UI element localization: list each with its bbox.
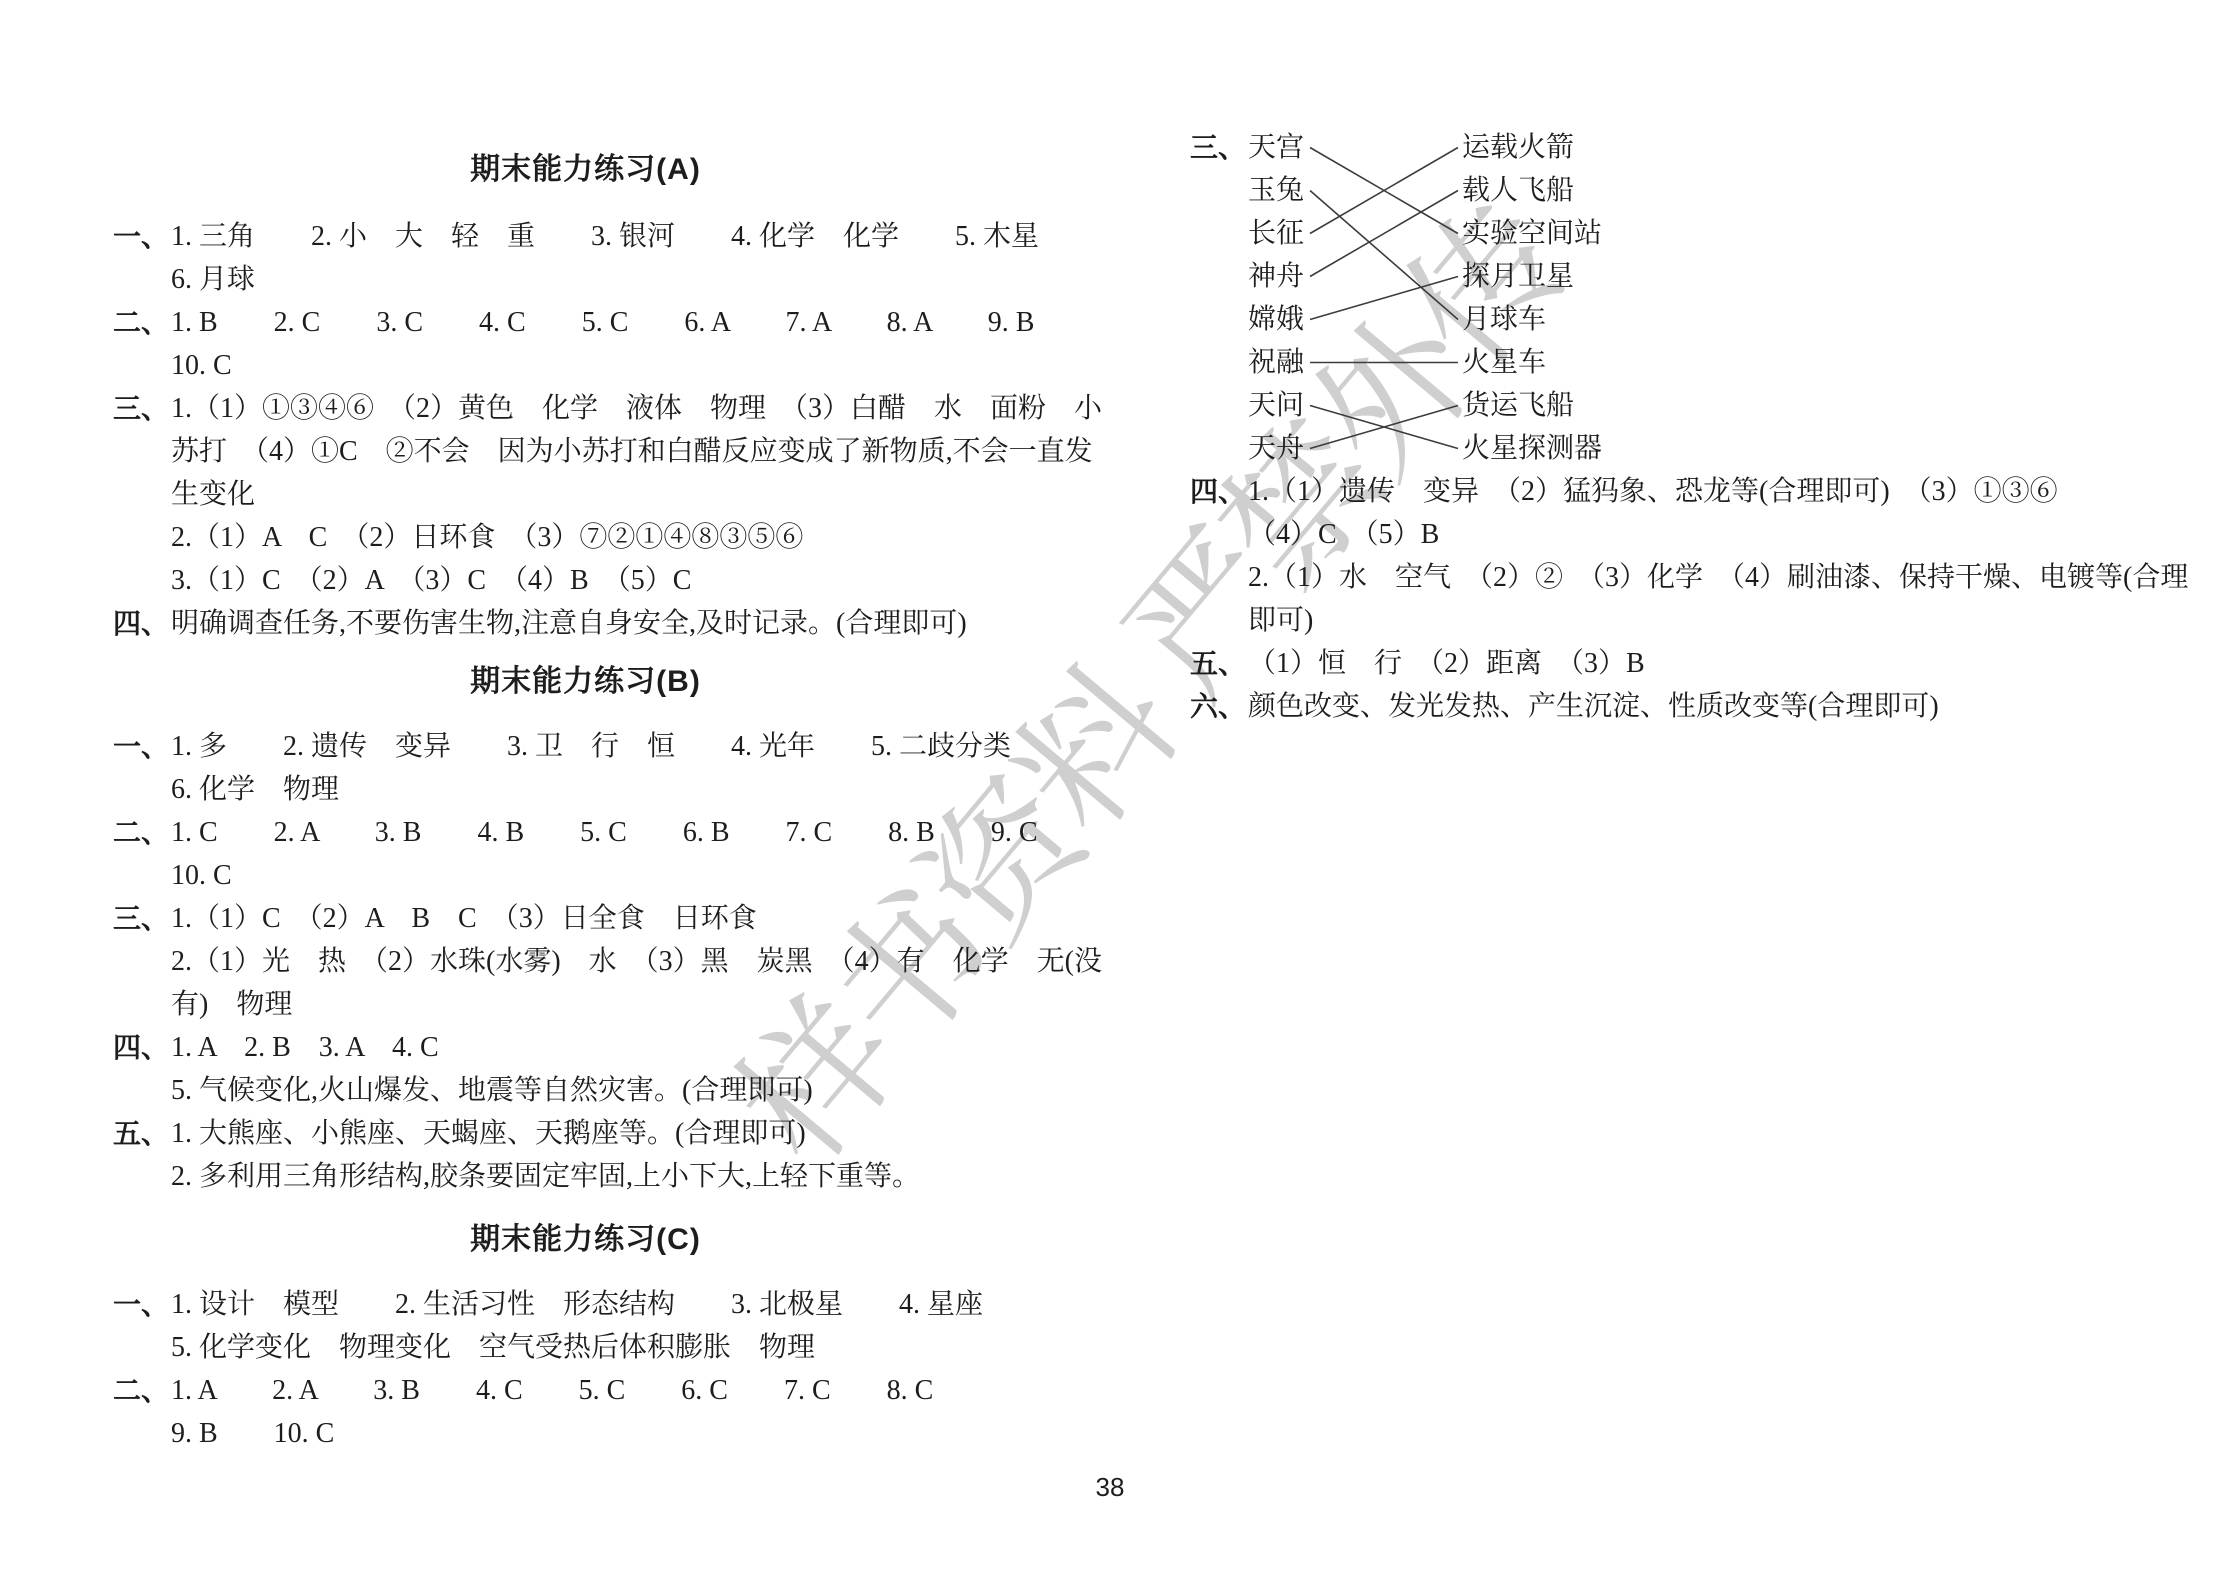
section-marker: 六、 — [1190, 685, 1248, 728]
answer-line: 5. 气候变化,火山爆发、地震等自然灾害。(合理即可) — [113, 1069, 1058, 1112]
section-marker — [113, 1069, 171, 1112]
section-marker — [113, 344, 171, 387]
matching-left-item: 天问 — [1248, 384, 1304, 427]
answer-line: 10. C — [113, 854, 1058, 897]
section-marker — [113, 854, 171, 897]
matching-row: 神舟探月卫星 — [1190, 255, 2205, 298]
matching-row: 天问货运飞船 — [1190, 384, 2205, 427]
answer-text: 1. A 2. A 3. B 4. C 5. C 6. C 7. C 8. C — [171, 1369, 1058, 1412]
answer-line: （4）C （5）B — [1190, 513, 2205, 556]
matching-row: 三、天宫运载火箭 — [1190, 126, 2205, 169]
answer-text: 2.（1）水 空气 （2）② （3）化学 （4）刷油漆、保持干燥、电镀等(合理 — [1248, 556, 2205, 599]
section-marker — [1190, 384, 1248, 427]
answer-text: 3.（1）C （2）A （3）C （4）B （5）C — [171, 559, 1058, 602]
section-marker: 五、 — [1190, 642, 1248, 685]
answer-line: 9. B 10. C — [113, 1412, 1058, 1455]
answer-line: 五、1. 大熊座、小熊座、天蝎座、天鹅座等。(合理即可) — [113, 1112, 1058, 1155]
matching-left-item: 天宫 — [1248, 126, 1304, 169]
section-marker: 四、 — [1190, 470, 1248, 513]
answer-text: 9. B 10. C — [171, 1412, 1058, 1455]
section-marker — [1190, 255, 1248, 298]
answer-text: 1.（1）①③④⑥ （2）黄色 化学 液体 物理 （3）白醋 水 面粉 小 — [171, 387, 1102, 430]
answer-text: 有) 物理 — [171, 983, 1058, 1026]
answer-line: 即可) — [1190, 599, 2205, 642]
matching-left-item: 嫦娥 — [1248, 298, 1304, 341]
answer-text: 明确调查任务,不要伤害生物,注意自身安全,及时记录。(合理即可) — [171, 602, 1058, 645]
answer-line: 2.（1）水 空气 （2）② （3）化学 （4）刷油漆、保持干燥、电镀等(合理 — [1190, 556, 2205, 599]
section-marker — [1190, 513, 1248, 556]
answer-text: 5. 气候变化,火山爆发、地震等自然灾害。(合理即可) — [171, 1069, 1058, 1112]
section-marker — [113, 768, 171, 811]
answer-text: 2. 多利用三角形结构,胶条要固定牢固,上小下大,上轻下重等。 — [171, 1155, 1058, 1198]
matching-right-item: 月球车 — [1462, 298, 1546, 341]
answer-line: 五、（1）恒 行 （2）距离 （3）B — [1190, 642, 2205, 685]
answer-text: 即可) — [1248, 599, 2205, 642]
left-column: 期末能力练习(A) 一、1. 三角 2. 小 大 轻 重 3. 银河 4. 化学… — [113, 148, 1058, 1455]
answer-line: 二、1. C 2. A 3. B 4. B 5. C 6. B 7. C 8. … — [113, 811, 1058, 854]
section-marker — [1190, 212, 1248, 255]
answer-text: 1.（1）C （2）A B C （3）日全食 日环食 — [171, 897, 1058, 940]
section-marker — [113, 559, 171, 602]
matching-right-item: 载人飞船 — [1462, 169, 1574, 212]
section-marker — [113, 1155, 171, 1198]
section-marker — [113, 1412, 171, 1455]
section-marker: 四、 — [113, 1026, 171, 1069]
matching-row: 长征实验空间站 — [1190, 212, 2205, 255]
section-marker: 四、 — [113, 602, 171, 645]
answer-text: 苏打 （4）①C ②不会 因为小苏打和白醋反应变成了新物质,不会一直发 — [171, 430, 1093, 473]
answer-text: 10. C — [171, 854, 1058, 897]
answer-line: 5. 化学变化 物理变化 空气受热后体积膨胀 物理 — [113, 1326, 1058, 1369]
answer-line: 三、1.（1）①③④⑥ （2）黄色 化学 液体 物理 （3）白醋 水 面粉 小 — [113, 387, 1058, 430]
matching-right-item: 运载火箭 — [1462, 126, 1574, 169]
answer-line: 2. 多利用三角形结构,胶条要固定牢固,上小下大,上轻下重等。 — [113, 1155, 1058, 1198]
matching-row: 嫦娥月球车 — [1190, 298, 2205, 341]
section-marker: 五、 — [113, 1112, 171, 1155]
answer-text: （1）恒 行 （2）距离 （3）B — [1248, 642, 2205, 685]
section-marker — [1190, 169, 1248, 212]
answer-text: 颜色改变、发光发热、产生沉淀、性质改变等(合理即可) — [1248, 685, 2205, 728]
answer-text: 1. B 2. C 3. C 4. C 5. C 6. A 7. A 8. A … — [171, 301, 1058, 344]
section-marker — [1190, 341, 1248, 384]
section-c-heading: 期末能力练习(C) — [113, 1218, 1058, 1261]
section-marker — [113, 430, 171, 473]
answer-text: （4）C （5）B — [1248, 513, 2205, 556]
section-marker — [113, 516, 171, 559]
answer-line: 6. 月球 — [113, 258, 1058, 301]
section-marker — [1190, 556, 1248, 599]
matching-right-item: 探月卫星 — [1462, 255, 1574, 298]
answer-text: 1.（1）遗传 变异 （2）猛犸象、恐龙等(合理即可) （3）①③⑥ — [1248, 470, 2205, 513]
answer-text: 1. 设计 模型 2. 生活习性 形态结构 3. 北极星 4. 星座 — [171, 1283, 1058, 1326]
section-marker: 一、 — [113, 725, 171, 768]
answer-text: 1. 多 2. 遗传 变异 3. 卫 行 恒 4. 光年 5. 二歧分类 — [171, 725, 1058, 768]
section-marker — [113, 258, 171, 301]
answer-line: 四、明确调查任务,不要伤害生物,注意自身安全,及时记录。(合理即可) — [113, 602, 1058, 645]
section-marker: 三、 — [1190, 126, 1248, 169]
answer-line: 2.（1）光 热 （2）水珠(水雾) 水 （3）黑 炭黑 （4）有 化学 无(没 — [113, 940, 1058, 983]
section-marker: 一、 — [113, 215, 171, 258]
section-b-heading: 期末能力练习(B) — [113, 660, 1058, 703]
answer-text: 10. C — [171, 344, 1058, 387]
answer-line: 二、1. A 2. A 3. B 4. C 5. C 6. C 7. C 8. … — [113, 1369, 1058, 1412]
answer-line: 2.（1）A C （2）日环食 （3）⑦②①④⑧③⑤⑥ — [113, 516, 1058, 559]
matching-row: 天舟火星探测器 — [1190, 427, 2205, 470]
matching-left-item: 祝融 — [1248, 341, 1304, 384]
answer-line: 生变化 — [113, 473, 1058, 516]
answer-line: 一、1. 设计 模型 2. 生活习性 形态结构 3. 北极星 4. 星座 — [113, 1283, 1058, 1326]
answer-line: 三、1.（1）C （2）A B C （3）日全食 日环食 — [113, 897, 1058, 940]
matching-right-item: 货运飞船 — [1462, 384, 1574, 427]
matching-right-item: 火星探测器 — [1462, 427, 1602, 470]
section-marker — [113, 983, 171, 1026]
matching-row: 玉兔载人飞船 — [1190, 169, 2205, 212]
answer-text: 生变化 — [171, 473, 1058, 516]
answer-line: 6. 化学 物理 — [113, 768, 1058, 811]
section-marker — [113, 1326, 171, 1369]
section-marker — [1190, 599, 1248, 642]
answer-text: 1. 大熊座、小熊座、天蝎座、天鹅座等。(合理即可) — [171, 1112, 1058, 1155]
answer-line: 六、颜色改变、发光发热、产生沉淀、性质改变等(合理即可) — [1190, 685, 2205, 728]
matching-exercise: 三、天宫运载火箭 玉兔载人飞船 长征实验空间站 神舟探月卫星 嫦娥月球车 祝融火… — [1190, 126, 2205, 470]
section-marker: 一、 — [113, 1283, 171, 1326]
answer-line: 一、1. 多 2. 遗传 变异 3. 卫 行 恒 4. 光年 5. 二歧分类 — [113, 725, 1058, 768]
answer-line: 3.（1）C （2）A （3）C （4）B （5）C — [113, 559, 1058, 602]
answer-text: 6. 月球 — [171, 258, 1058, 301]
matching-left-item: 天舟 — [1248, 427, 1304, 470]
answer-text: 1. C 2. A 3. B 4. B 5. C 6. B 7. C 8. B … — [171, 811, 1058, 854]
answer-text: 6. 化学 物理 — [171, 768, 1058, 811]
matching-left-item: 神舟 — [1248, 255, 1304, 298]
answer-line: 苏打 （4）①C ②不会 因为小苏打和白醋反应变成了新物质,不会一直发 — [113, 430, 1058, 473]
page: { "page": { "number": "38" }, "watermark… — [0, 0, 2220, 1571]
matching-left-item: 玉兔 — [1248, 169, 1304, 212]
matching-right-item: 火星车 — [1462, 341, 1546, 384]
section-marker — [1190, 298, 1248, 341]
answer-line: 有) 物理 — [113, 983, 1058, 1026]
section-marker — [113, 473, 171, 516]
answer-text: 1. 三角 2. 小 大 轻 重 3. 银河 4. 化学 化学 5. 木星 — [171, 215, 1058, 258]
answer-text: 2.（1）光 热 （2）水珠(水雾) 水 （3）黑 炭黑 （4）有 化学 无(没 — [171, 940, 1102, 983]
section-a-heading: 期末能力练习(A) — [113, 148, 1058, 191]
matching-row: 祝融火星车 — [1190, 341, 2205, 384]
answer-line: 10. C — [113, 344, 1058, 387]
section-marker: 二、 — [113, 811, 171, 854]
answer-text: 5. 化学变化 物理变化 空气受热后体积膨胀 物理 — [171, 1326, 1058, 1369]
answer-line: 二、1. B 2. C 3. C 4. C 5. C 6. A 7. A 8. … — [113, 301, 1058, 344]
answer-line: 一、1. 三角 2. 小 大 轻 重 3. 银河 4. 化学 化学 5. 木星 — [113, 215, 1058, 258]
answer-text: 1. A 2. B 3. A 4. C — [171, 1026, 1058, 1069]
answer-line: 四、1. A 2. B 3. A 4. C — [113, 1026, 1058, 1069]
section-marker: 三、 — [113, 387, 171, 430]
section-marker: 三、 — [113, 897, 171, 940]
answer-text: 2.（1）A C （2）日环食 （3）⑦②①④⑧③⑤⑥ — [171, 516, 1058, 559]
right-column: 三、天宫运载火箭 玉兔载人飞船 长征实验空间站 神舟探月卫星 嫦娥月球车 祝融火… — [1190, 126, 2205, 728]
section-marker — [1190, 427, 1248, 470]
section-marker — [113, 940, 171, 983]
matching-right-item: 实验空间站 — [1462, 212, 1602, 255]
section-marker: 二、 — [113, 1369, 171, 1412]
page-number: 38 — [0, 1472, 2220, 1503]
answer-line: 四、1.（1）遗传 变异 （2）猛犸象、恐龙等(合理即可) （3）①③⑥ — [1190, 470, 2205, 513]
matching-left-item: 长征 — [1248, 212, 1304, 255]
section-marker: 二、 — [113, 301, 171, 344]
